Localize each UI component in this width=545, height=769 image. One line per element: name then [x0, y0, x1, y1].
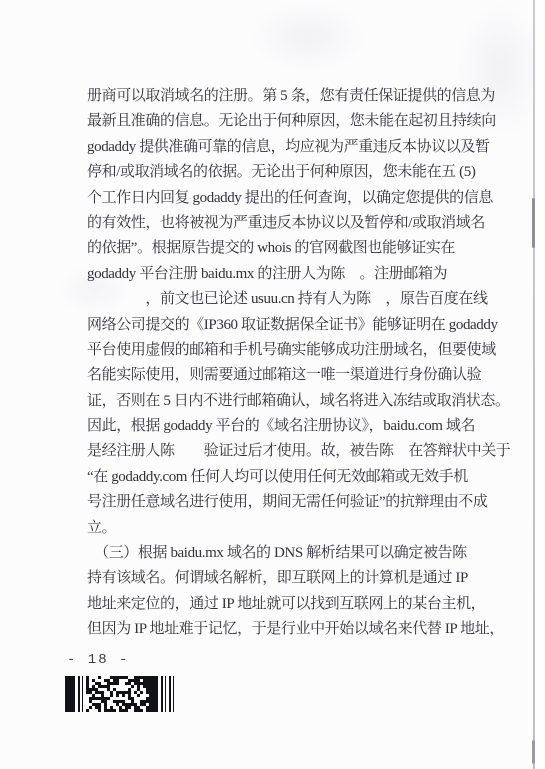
text-line: 是经注册人陈 验证过后才使用。故，被告陈 在答辩状中关于: [87, 439, 491, 464]
text-line: （三）根据 baidu.mx 域名的 DNS 解析结果可以确定被告陈: [87, 541, 491, 566]
scanned-page: 册商可以取消域名的注册。第 5 条，您有责任保证提供的信息为 最新且准确的信息。…: [0, 0, 545, 769]
text-line: 因此，根据 godaddy 平台的《域名注册协议》，baidu.com 域名: [87, 414, 491, 439]
text-block: 册商可以取消域名的注册。第 5 条，您有责任保证提供的信息为 最新且准确的信息。…: [87, 84, 491, 643]
text-line: 停和/或取消域名的依据。无论出于何种原因，您未能在五 (5): [87, 160, 491, 185]
text-line: 册商可以取消域名的注册。第 5 条，您有责任保证提供的信息为: [87, 84, 491, 109]
text-line: 立。: [87, 516, 491, 541]
text-line: godaddy 提供准确可靠的信息，均应视为严重违反本协议以及暂: [87, 135, 491, 160]
text-line: 号注册任意域名进行使用，期间无需任何验证”的抗辩理由不成: [87, 490, 491, 515]
text-line: 持有该域名。何谓域名解析，即互联网上的计算机是通过 IP: [87, 566, 491, 591]
barcode: [65, 676, 179, 712]
text-line: 的有效性，也将被视为严重违反本协议以及暂停和/或取消域名: [87, 211, 491, 236]
text-line: godaddy 平台注册 baidu.mx 的注册人为陈 。注册邮箱为: [87, 262, 491, 287]
scan-smudge: [248, 2, 368, 72]
text-line: 的依据”。根据原告提交的 whois 的官网截图也能够证实在: [87, 236, 491, 261]
text-line: 地址来定位的，通过 IP 地址就可以找到互联网上的某台主机，: [87, 592, 491, 617]
page-number: - 18 -: [67, 652, 129, 668]
text-line: 最新且准确的信息。无论出于何种原因，您未能在起初且持续向: [87, 109, 491, 134]
text-line: ，前文也已论述 usuu.cn 持有人为陈 ，原告百度在线: [87, 287, 491, 312]
text-line: “在 godaddy.com 任何人均可以使用任何无效邮箱或无效手机: [87, 465, 491, 490]
text-line: 但因为 IP 地址难于记忆，于是行业中开始以域名来代替 IP 地址，: [87, 617, 491, 642]
scan-margin: [535, 0, 545, 769]
text-line: 网络公司提交的《IP360 取证数据保全证书》能够证明在 godaddy: [87, 313, 491, 338]
text-line: 个工作日内回复 godaddy 提出的任何查询，以确定您提供的信息: [87, 186, 491, 211]
text-line: 平台使用虚假的邮箱和手机号确实能够成功注册域名，但要使域: [87, 338, 491, 363]
text-line: 名能实际使用，则需要通过邮箱这一唯一渠道进行身份确认验: [87, 363, 491, 388]
text-line: 证，否则在 5 日内不进行邮箱确认，域名将进入冻结或取消状态。: [87, 389, 491, 414]
